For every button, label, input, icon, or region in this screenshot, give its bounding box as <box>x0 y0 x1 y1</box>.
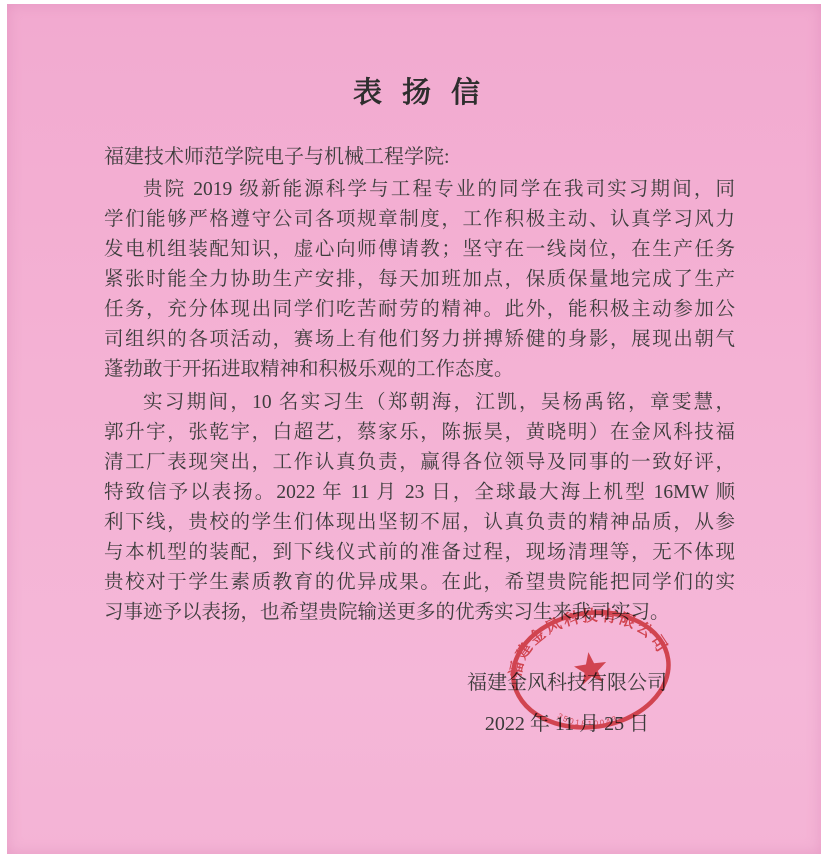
body-line: 习事迹予以表扬，也希望贵院输送更多的优秀实习生来我司实习。 <box>104 598 735 628</box>
body-line: 紧张时能全力协助生产安排，每天加班加点，保质保量地完成了生产 <box>104 265 735 295</box>
letter-page: 表 扬 信 福建技术师范学院电子与机械工程学院: 贵院 2019 级新能源科学与… <box>7 4 821 854</box>
body-line: 利下线，贵校的学生们体现出坚韧不屈，认真负责的精神品质，从参 <box>104 508 735 538</box>
body-line: 学们能够严格遵守公司各项规章制度，工作积极主动、认真学习风力 <box>104 205 735 235</box>
salutation: 福建技术师范学院电子与机械工程学院: <box>104 142 735 172</box>
paragraph-2: 实习期间，10 名实习生（郑朝海，江凯，吴杨禹铭，章雯慧， 郭升宇，张乾宇，白超… <box>104 388 735 628</box>
body-line: 蓬勃敢于开拓进取精神和积极乐观的工作态度。 <box>104 355 735 385</box>
body-line: 特致信予以表扬。2022 年 11 月 23 日，全球最大海上机型 16MW 顺 <box>104 478 735 508</box>
photo-background: 表 扬 信 福建技术师范学院电子与机械工程学院: 贵院 2019 级新能源科学与… <box>0 0 830 862</box>
body-line: 贵院 2019 级新能源科学与工程专业的同学在我司实习期间，同 <box>104 175 735 205</box>
paragraph-1: 贵院 2019 级新能源科学与工程专业的同学在我司实习期间，同 学们能够严格遵守… <box>104 175 735 385</box>
signature-company: 福建金风科技有限公司 <box>467 670 667 696</box>
body-line: 司组织的各项活动，赛场上有他们努力拼搏矫健的身影，展现出朝气 <box>104 325 735 355</box>
body-line: 实习期间，10 名实习生（郑朝海，江凯，吴杨禹铭，章雯慧， <box>104 388 735 418</box>
signature-inner: 福建金风科技有限公司 2022 年 11 月 25 日 <box>467 670 667 737</box>
body-line: 贵校对于学生素质教育的优异成果。在此，希望贵院能把同学们的实 <box>104 568 735 598</box>
signature-date: 2022 年 11 月 25 日 <box>467 711 667 737</box>
letter-content: 表 扬 信 福建技术师范学院电子与机械工程学院: 贵院 2019 级新能源科学与… <box>104 4 735 737</box>
body-line: 任务，充分体现出同学们吃苦耐劳的精神。此外，能积极主动参加公 <box>104 295 735 325</box>
body-line: 发电机组装配知识，虚心向师傅请教；坚守在一线岗位，在生产任务 <box>104 235 735 265</box>
letter-title: 表 扬 信 <box>104 70 735 111</box>
signature-block: 福建金风科技有限公司 2022 年 11 月 25 日 <box>104 670 735 737</box>
body-line: 郭升宇，张乾宇，白超艺，蔡家乐，陈振昊，黄晓明）在金风科技福 <box>104 418 735 448</box>
body-line: 清工厂表现突出，工作认真负责，赢得各位领导及同事的一致好评， <box>104 448 735 478</box>
body-line: 与本机型的装配，到下线仪式前的准备过程，现场清理等，无不体现 <box>104 538 735 568</box>
